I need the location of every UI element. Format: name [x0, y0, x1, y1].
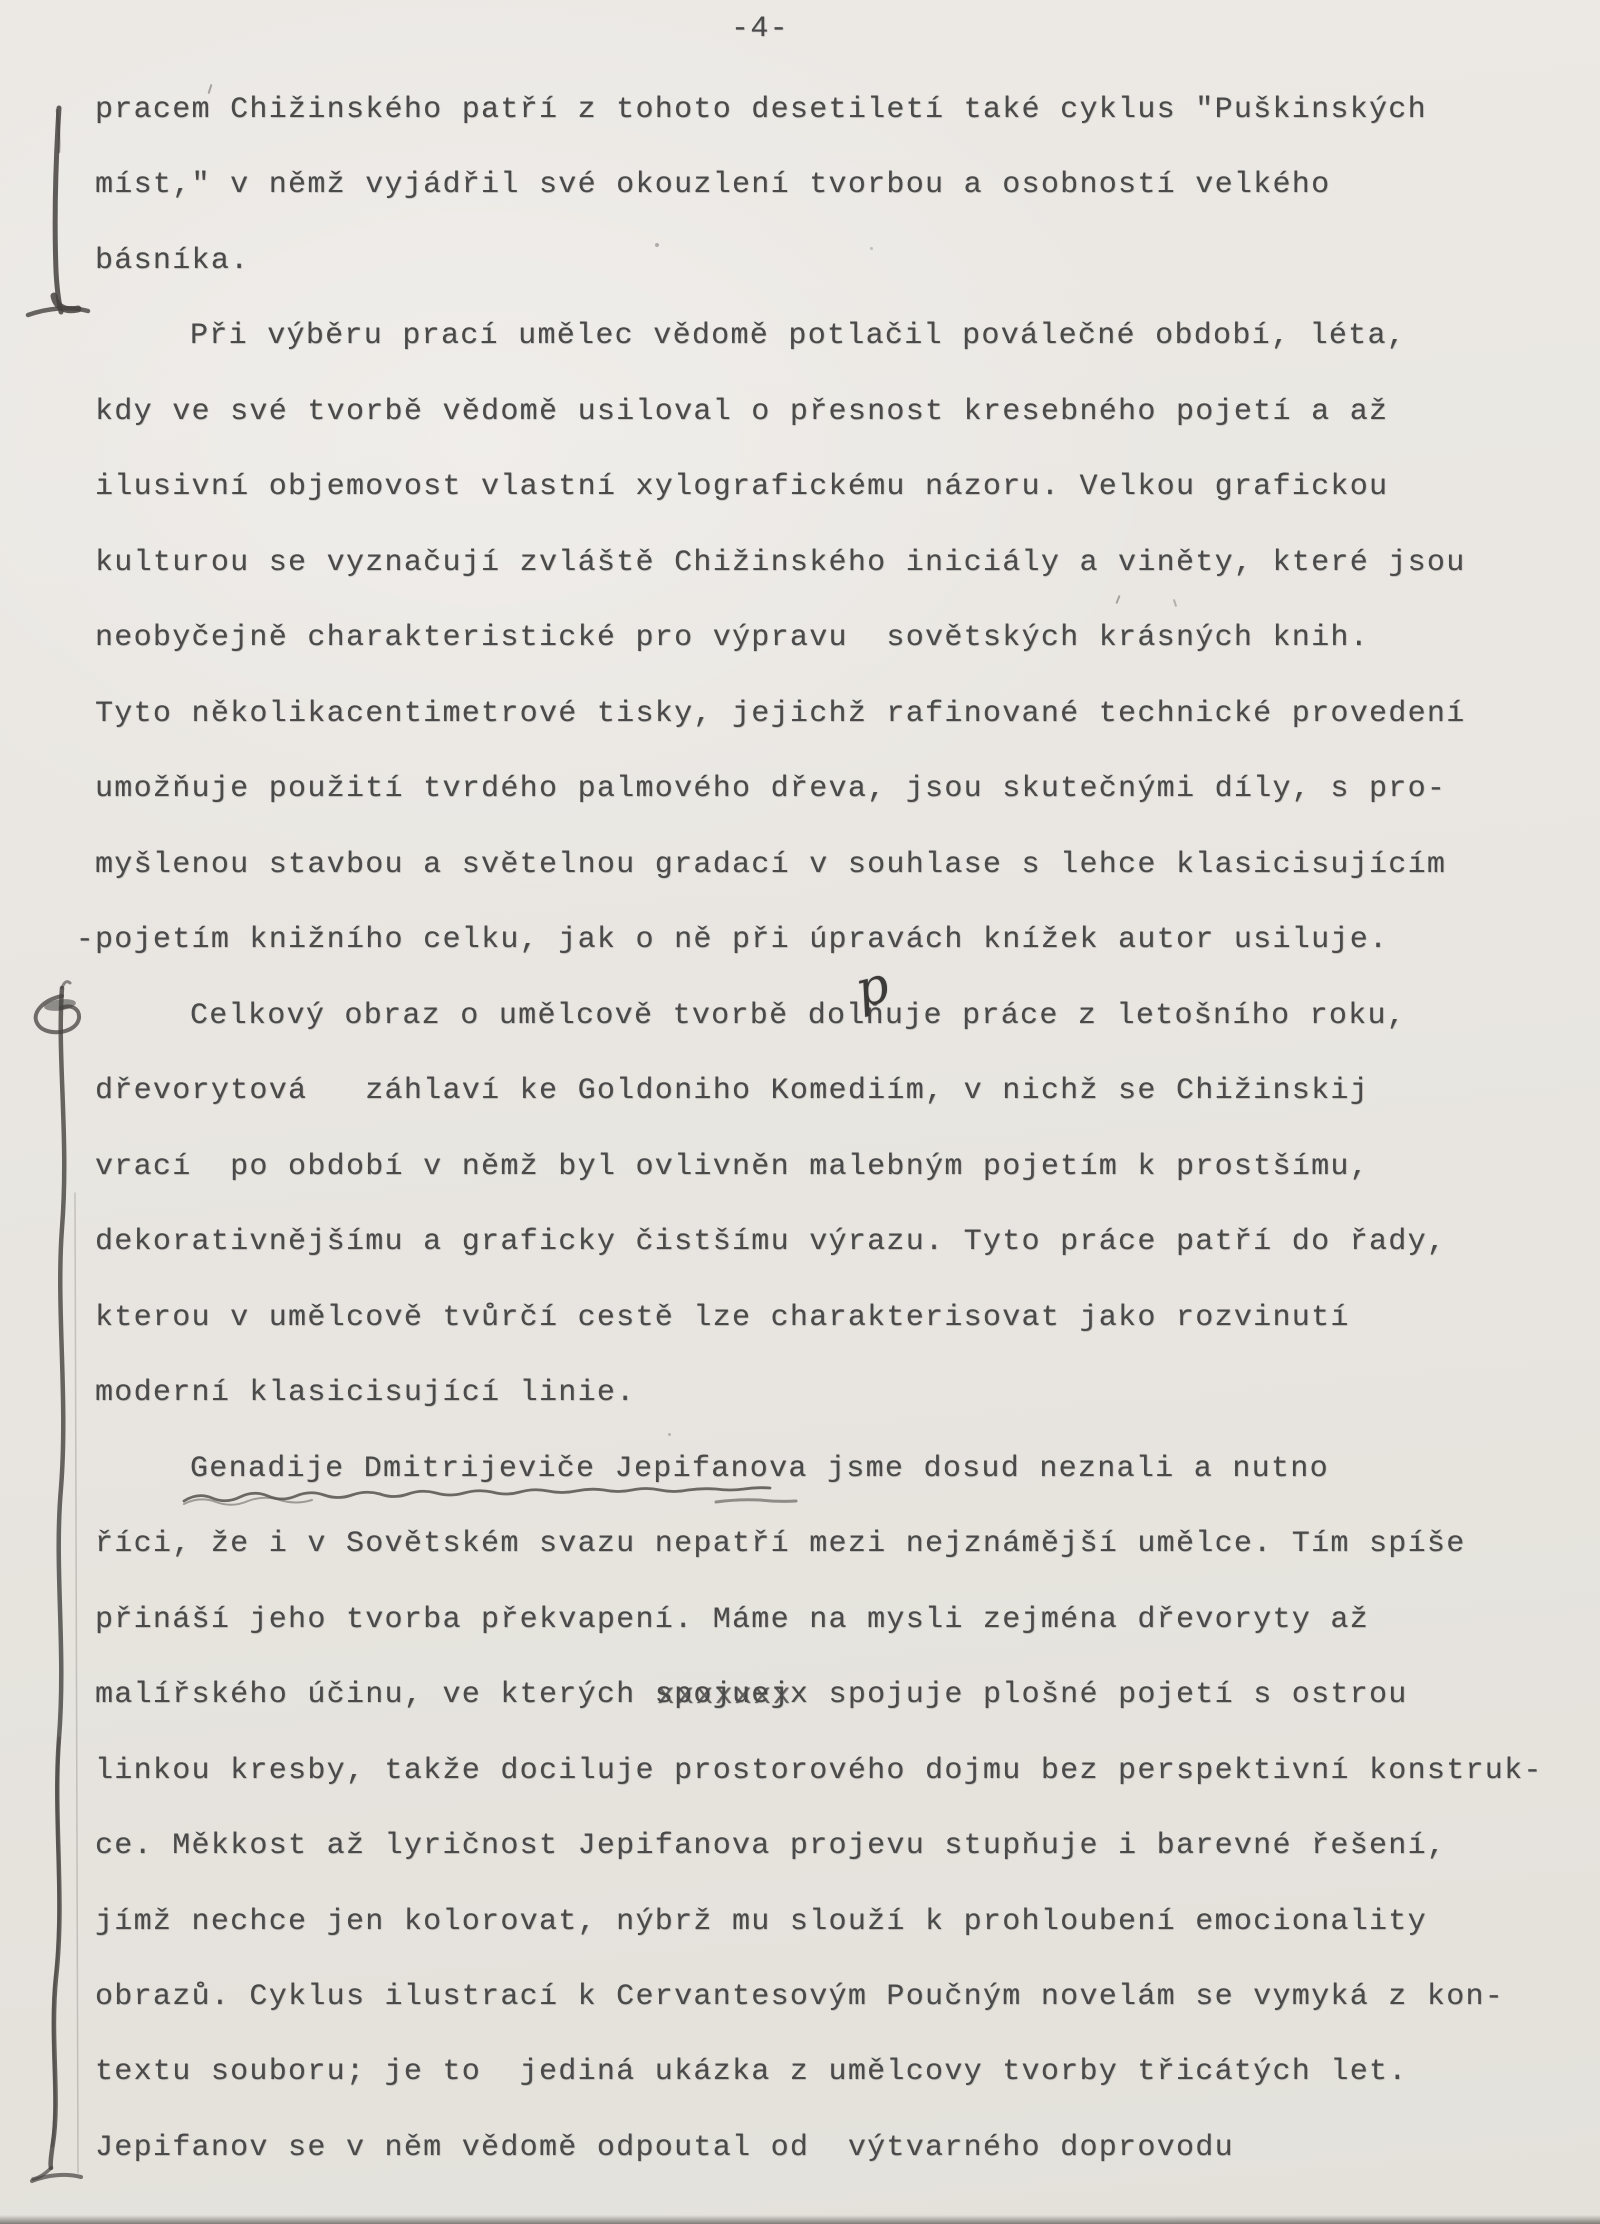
text-line: -pojetím knižního celku, jak o ně při úp… — [95, 922, 1388, 958]
paper-speck — [870, 247, 873, 250]
margin-bracket-mark — [18, 96, 103, 331]
text-line: říci, že i v Sovětském svazu nepatří mez… — [95, 1526, 1466, 1562]
text-line: míst," v němž vyjádřil své okouzlení tvo… — [95, 167, 1330, 203]
scan-bottom-edge — [0, 2215, 1600, 2224]
text-line: kulturou se vyznačují zvláště Chižinskéh… — [95, 545, 1466, 581]
text-line: ce. Měkkost až lyričnost Jepifanova proj… — [95, 1828, 1446, 1864]
text-segment: x spojuje plošné pojetí s ostrou — [790, 1678, 1408, 1712]
text-line: malířského účinu, ve kterých spojuejx sp… — [95, 1677, 1408, 1713]
text-line: jímž nechce jen kolorovat, nýbrž mu slou… — [95, 1904, 1427, 1940]
text-line: vrací po období v němž byl ovlivněn male… — [95, 1149, 1369, 1185]
text-line: obrazů. Cyklus ilustrací k Cervantesovým… — [95, 1979, 1504, 2015]
text-line: kterou v umělcově tvůrčí cestě lze chara… — [95, 1300, 1350, 1336]
text-line: Jepifanov se v něm vědomě odpoutal od vý… — [95, 2130, 1234, 2166]
paper-speck — [655, 243, 659, 247]
text-line: básníka. — [95, 243, 249, 279]
text-line: Při výběru prací umělec vědomě potlačil … — [190, 318, 1406, 354]
text-line: Tyto několikacentimetrové tisky, jejichž… — [95, 696, 1466, 732]
text-line: textu souboru; je to jediná ukázka z umě… — [95, 2054, 1408, 2090]
name-underline-mark — [176, 1486, 836, 1512]
text-line: Genadije Dmitrijeviče Jepifanova jsme do… — [190, 1451, 1329, 1487]
text-line: moderní klasicisující linie. — [95, 1375, 635, 1411]
text-line: neobyčejně charakteristické pro výpravu … — [95, 620, 1369, 656]
text-line: dekorativnějšímu a graficky čistšímu výr… — [95, 1224, 1446, 1260]
text-line: kdy ve své tvorbě vědomě usiloval o přes… — [95, 394, 1388, 430]
typewriter-page: -4- pracem Chižinského patří z tohoto de… — [0, 0, 1600, 2224]
text-line: umožňuje použití tvrdého palmového dřeva… — [95, 771, 1446, 807]
strikethrough-word: spojuej — [655, 1677, 790, 1713]
text-line: přináší jeho tvorba překvapení. Máme na … — [95, 1602, 1369, 1638]
text-line: ilusivní objemovost vlastní xylografické… — [95, 469, 1388, 505]
text-line: Celkový obraz o umělcově tvorbě dolňuje … — [190, 998, 1406, 1034]
text-line: pracem Chižinského patří z tohoto deseti… — [95, 92, 1427, 128]
stray-accent-mark — [1173, 599, 1177, 607]
page-number: -4- — [710, 12, 810, 46]
text-segment: malířského účinu, ve kterých — [95, 1678, 655, 1712]
text-line: myšlenou stavbou a světelnou gradací v s… — [95, 847, 1446, 883]
stray-accent-mark — [1115, 595, 1120, 604]
text-line: linkou kresby, takže dociluje prostorové… — [95, 1753, 1543, 1789]
text-line: dřevorytová záhlaví ke Goldoniho Komedií… — [95, 1073, 1369, 1109]
paper-speck — [668, 1433, 671, 1436]
